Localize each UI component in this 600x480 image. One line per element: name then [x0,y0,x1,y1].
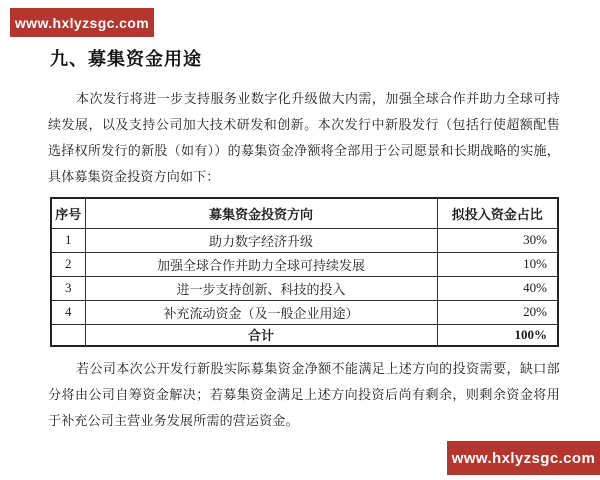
table-row: 3 进一步支持创新、科技的投入 40% [51,276,558,300]
table-total-row: 合计 100% [51,324,558,346]
watermark-banner-top: www.hxlyzsgc.com [10,8,154,37]
cell-direction: 加强全球合作并助力全球可持续发展 [85,252,437,276]
paragraph-line: 本次发行将进一步支持服务业数字化升级做大内需，加强全球合作并助力全球可持 [48,86,560,112]
paragraph-line: 具体募集资金投资方向如下： [48,164,560,190]
col-header-ratio: 拟投入资金占比 [437,198,558,228]
paragraph-line: 于补充公司主营业务发展所需的营运资金。 [48,408,560,434]
watermark-banner-bottom: www.hxlyzsgc.com [447,441,600,475]
col-header-index: 序号 [51,198,85,228]
cell-direction: 进一步支持创新、科技的投入 [85,276,437,300]
cell-index [51,324,85,346]
watermark-url: www.hxlyzsgc.com [452,450,595,467]
col-header-direction: 募集资金投资方向 [85,198,437,228]
document-page: www.hxlyzsgc.com www.hxlyzsgc.com 九、募集资金… [0,0,600,480]
paragraph-line: 若公司本次公开发行新股实际募集资金净额不能满足上述方向的投资需要，缺口部 [48,356,560,382]
fund-allocation-table: 序号 募集资金投资方向 拟投入资金占比 1 助力数字经济升级 30% 2 加强全… [50,197,559,347]
cell-index: 1 [51,228,85,252]
paragraph-fund-use-intro: 本次发行将进一步支持服务业数字化升级做大内需，加强全球合作并助力全球可持 续发展… [48,86,560,190]
section-title: 九、募集资金用途 [50,45,202,71]
paragraph-shortfall-note: 若公司本次公开发行新股实际募集资金净额不能满足上述方向的投资需要，缺口部 分将由… [48,356,560,434]
paragraph-line: 续发展，以及支持公司加大技术研发和创新。本次发行中新股发行（包括行使超额配售 [48,112,560,138]
cell-index: 3 [51,276,85,300]
table-header-row: 序号 募集资金投资方向 拟投入资金占比 [51,198,558,228]
cell-index: 4 [51,300,85,324]
cell-total-ratio: 100% [437,324,558,346]
cell-ratio: 30% [437,228,558,252]
table-row: 4 补充流动资金（及一般企业用途） 20% [51,300,558,324]
cell-direction: 助力数字经济升级 [85,228,437,252]
watermark-url: www.hxlyzsgc.com [15,15,149,31]
cell-ratio: 20% [437,300,558,324]
cell-ratio: 40% [437,276,558,300]
cell-total-label: 合计 [85,324,437,346]
table-row: 1 助力数字经济升级 30% [51,228,558,252]
table-row: 2 加强全球合作并助力全球可持续发展 10% [51,252,558,276]
paragraph-line: 分将由公司自筹资金解决；若募集资金满足上述方向投资后尚有剩余，则剩余资金将用 [48,382,560,408]
cell-ratio: 10% [437,252,558,276]
cell-index: 2 [51,252,85,276]
paragraph-line: 选择权所发行的新股（如有））的募集资金净额将全部用于公司愿景和长期战略的实施， [48,138,560,164]
cell-direction: 补充流动资金（及一般企业用途） [85,300,437,324]
